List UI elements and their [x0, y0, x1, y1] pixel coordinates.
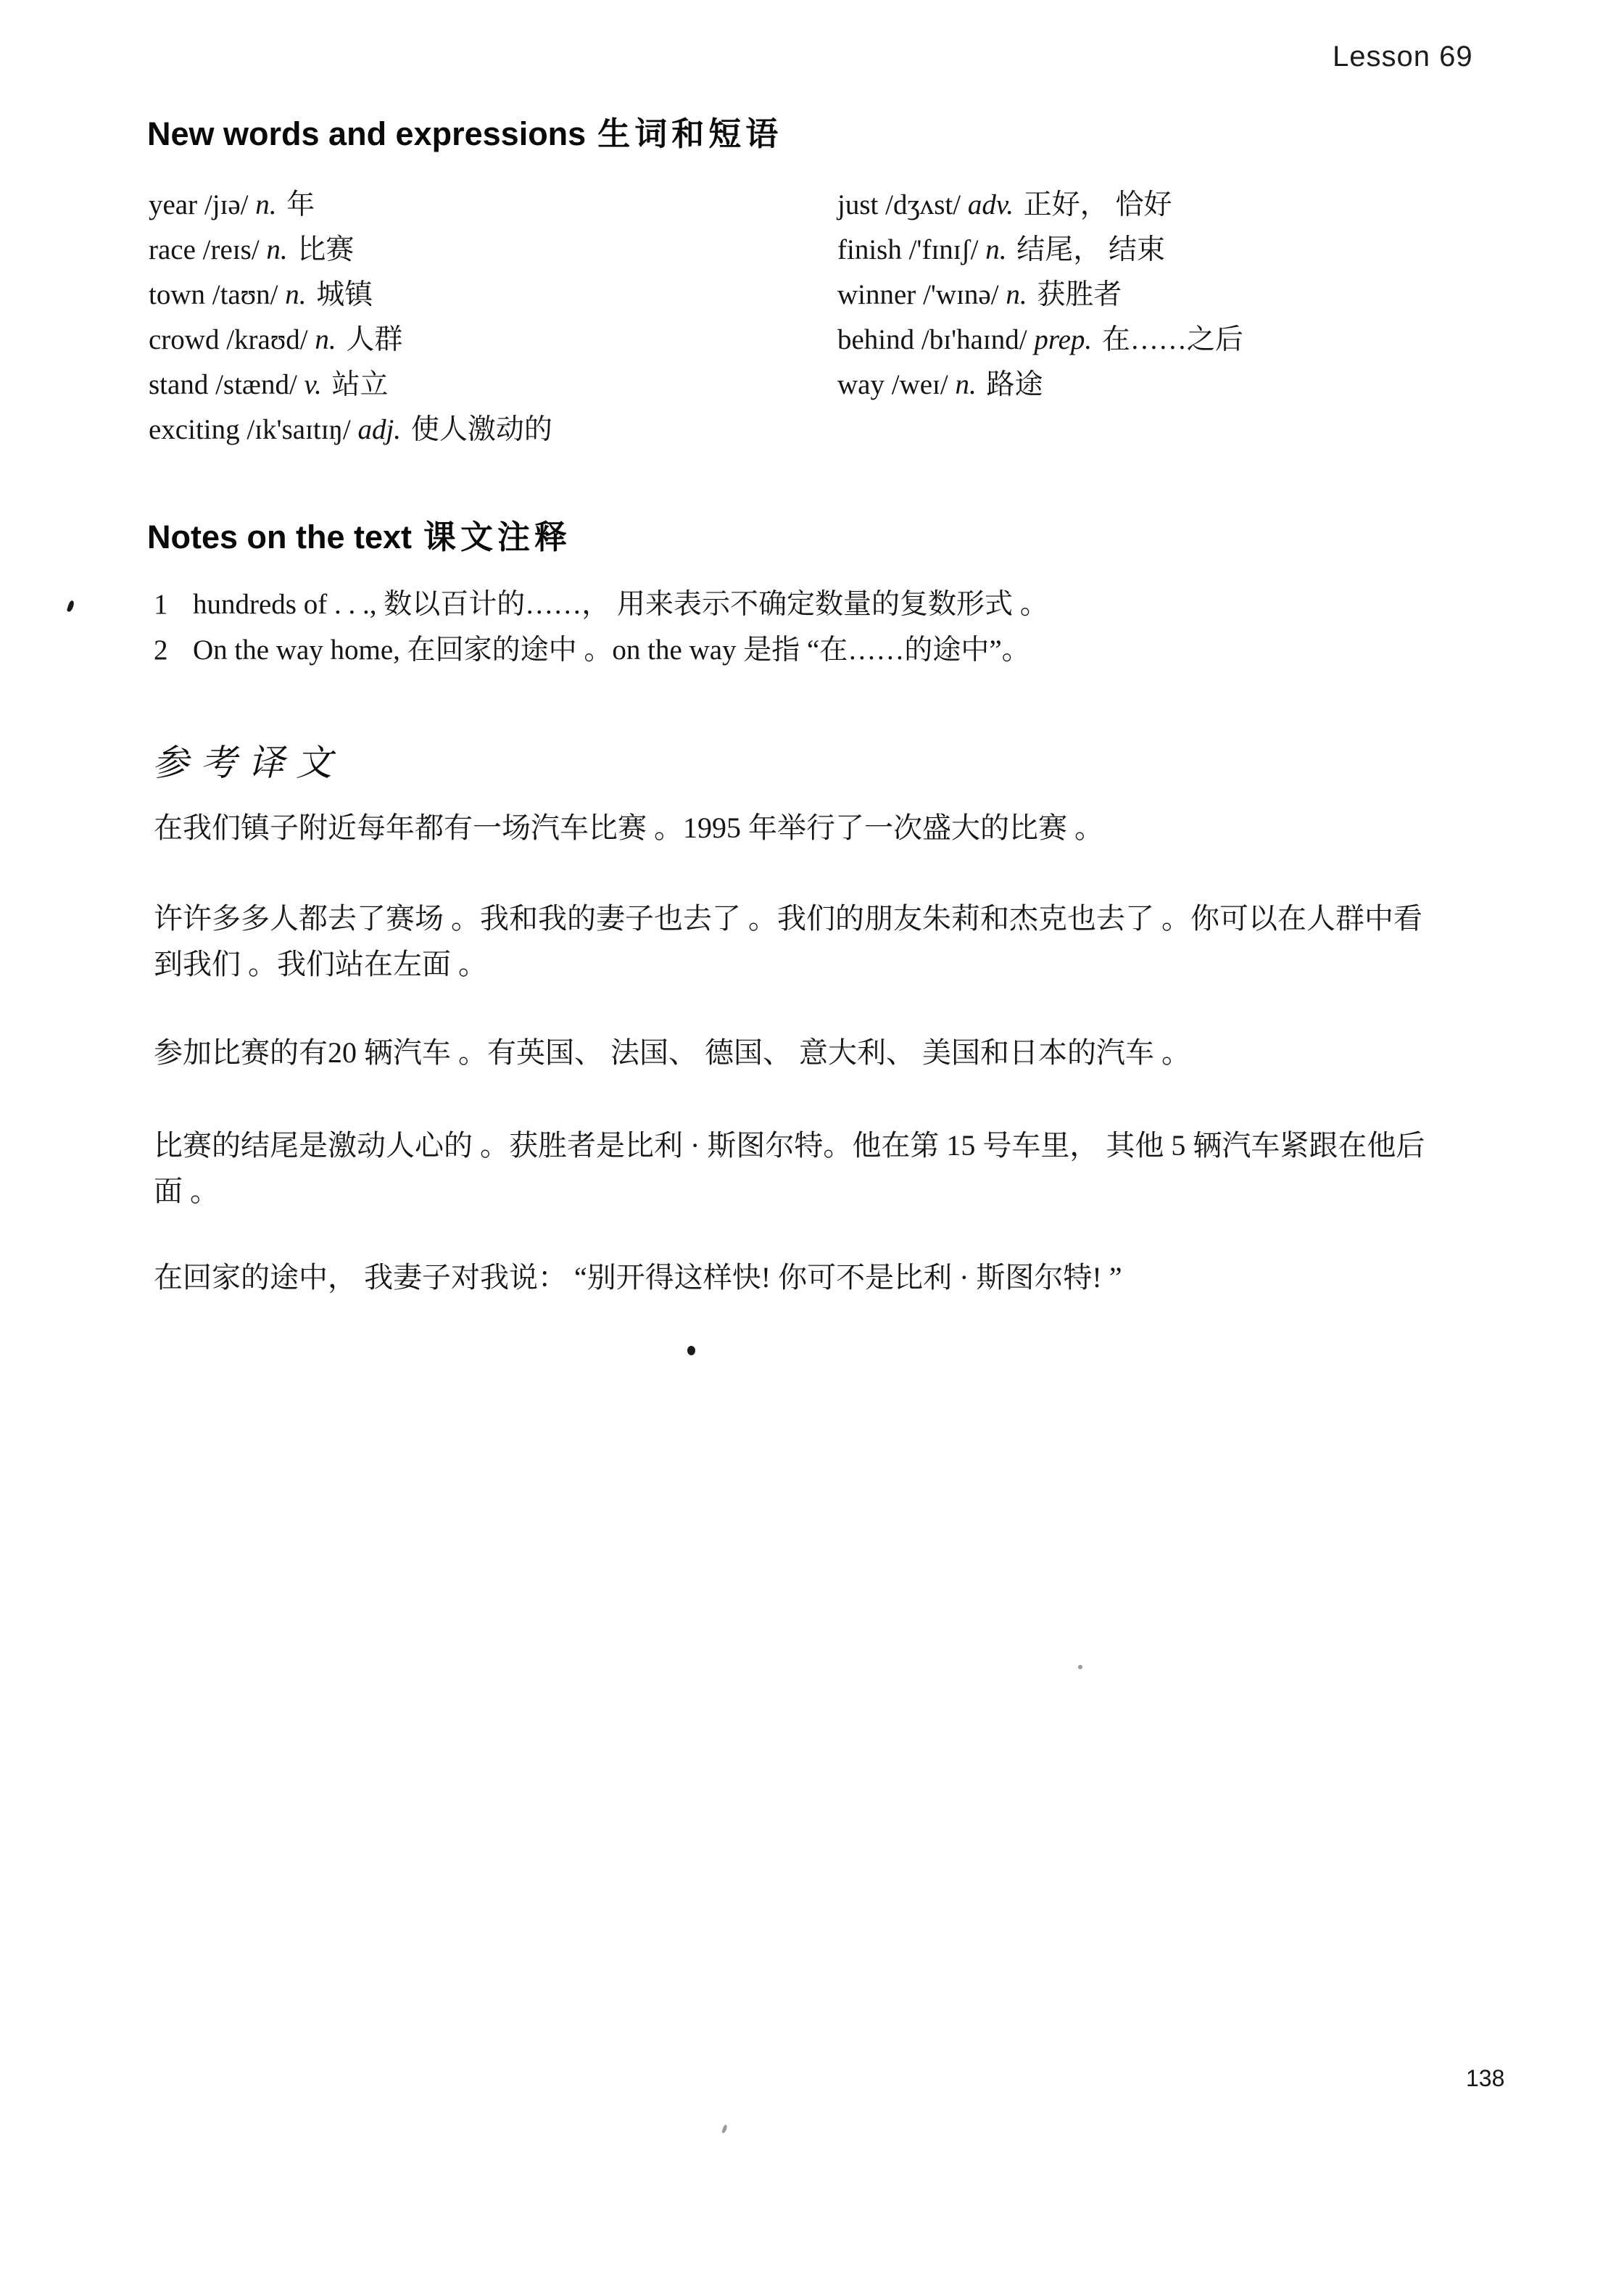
vocab-entry: behind /bɪ'haɪnd/ prep. 在……之后	[837, 318, 1243, 363]
vocab-pos: n.	[1006, 279, 1027, 310]
vocab-pos: n.	[955, 369, 976, 400]
vocab-phonetic: /jɪə/	[204, 189, 249, 220]
vocab-entry: exciting /ɪk'saɪtɪŋ/ adj. 使人激动的	[149, 408, 552, 452]
note-number: 1	[154, 582, 193, 627]
note-text: On the way home, 在回家的途中 。on the way 是指 “…	[193, 627, 1030, 673]
translation-paragraph: 参加比赛的有20 辆汽车 。有英国、 法国、 德国、 意大利、 美国和日本的汽车…	[154, 1030, 1575, 1075]
vocab-pos: v.	[304, 369, 322, 400]
vocab-entry: just /dʒʌst/ adv. 正好， 恰好	[837, 183, 1243, 228]
vocab-column-left: year /jɪə/ n. 年 race /reɪs/ n. 比赛 town /…	[149, 183, 552, 452]
vocab-word: race	[149, 234, 196, 265]
vocab-pos: prep.	[1034, 324, 1092, 355]
scan-artifact-comma	[721, 2125, 727, 2134]
notes-list: 1 hundreds of . . ., 数以百计的……， 用来表示不确定数量的…	[154, 582, 1048, 673]
notes-section-title: Notes on the text课文注释	[147, 510, 571, 558]
vocab-pos: adj.	[357, 414, 401, 445]
vocab-word: way	[837, 369, 884, 400]
vocab-entry: winner /'wɪnə/ n. 获胜者	[837, 273, 1243, 318]
notes-section-title-en: Notes on the text	[147, 518, 412, 555]
translation-paragraph: 许许多多人都去了赛场 。我和我的妻子也去了 。我们的朋友朱莉和杰克也去了 。你可…	[154, 896, 1575, 987]
vocab-word: exciting	[149, 414, 240, 445]
vocab-meaning: 路途	[986, 369, 1043, 400]
vocab-meaning: 年	[286, 189, 315, 220]
vocab-pos: n.	[285, 279, 306, 310]
vocab-meaning: 人群	[346, 324, 402, 355]
vocab-word: year	[149, 189, 197, 220]
vocab-meaning: 站立	[331, 369, 388, 400]
vocab-meaning: 结尾， 结束	[1016, 234, 1165, 265]
vocab-phonetic: /ɪk'saɪtɪŋ/	[246, 414, 350, 445]
vocab-entry: way /weɪ/ n. 路途	[837, 363, 1243, 408]
vocab-pos: n.	[255, 189, 276, 220]
vocab-phonetic: /kraʊd/	[226, 324, 307, 355]
vocab-phonetic: /dʒʌst/	[885, 189, 961, 220]
scan-artifact-comma	[67, 600, 75, 612]
vocab-entry: crowd /kraʊd/ n. 人群	[149, 318, 552, 363]
translation-paragraph: 在回家的途中， 我妻子对我说： “别开得这样快! 你可不是比利 · 斯图尔特! …	[154, 1254, 1575, 1300]
vocab-phonetic: /'fɪnɪʃ/	[909, 234, 979, 265]
vocab-entry: town /taʊn/ n. 城镇	[149, 273, 552, 318]
vocab-word: crowd	[149, 324, 219, 355]
vocab-word: just	[837, 189, 878, 220]
note-number: 2	[154, 627, 193, 673]
vocab-entry: stand /stænd/ v. 站立	[149, 363, 552, 408]
vocab-pos: n.	[315, 324, 336, 355]
vocab-phonetic: /'wɪnə/	[923, 279, 999, 310]
lesson-header: Lesson 69	[1333, 41, 1473, 73]
vocab-section-title-zh: 生词和短语	[597, 115, 782, 152]
vocab-meaning: 城镇	[316, 279, 373, 310]
vocab-word: winner	[837, 279, 916, 310]
scan-artifact-dot	[1078, 1665, 1082, 1669]
translation-paragraph: 比赛的结尾是激动人心的 。获胜者是比利 · 斯图尔特。他在第 15 号车里， 其…	[154, 1122, 1575, 1214]
vocab-word: behind	[837, 324, 914, 355]
vocab-word: town	[149, 279, 205, 310]
vocab-phonetic: /weɪ/	[892, 369, 948, 400]
vocab-phonetic: /taʊn/	[212, 279, 278, 310]
note-item: 1 hundreds of . . ., 数以百计的……， 用来表示不确定数量的…	[154, 582, 1048, 627]
vocab-meaning: 正好， 恰好	[1024, 189, 1172, 220]
note-item: 2 On the way home, 在回家的途中 。on the way 是指…	[154, 627, 1048, 673]
vocab-phonetic: /reɪs/	[203, 234, 260, 265]
vocab-meaning: 获胜者	[1037, 279, 1122, 310]
vocab-pos: n.	[266, 234, 287, 265]
vocab-meaning: 使人激动的	[411, 414, 552, 445]
vocab-word: stand	[149, 369, 208, 400]
vocab-meaning: 比赛	[297, 234, 354, 265]
vocab-section-title: New words and expressions生词和短语	[147, 107, 782, 154]
vocab-pos: adv.	[968, 189, 1014, 220]
vocab-column-right: just /dʒʌst/ adv. 正好， 恰好 finish /'fɪnɪʃ/…	[837, 183, 1243, 408]
translation-section-title: 参考译文	[152, 734, 344, 786]
vocab-pos: n.	[985, 234, 1006, 265]
vocab-phonetic: /stænd/	[215, 369, 297, 400]
vocab-phonetic: /bɪ'haɪnd/	[921, 324, 1027, 355]
vocab-section-title-en: New words and expressions	[147, 115, 586, 152]
vocab-meaning: 在……之后	[1102, 324, 1243, 355]
notes-section-title-zh: 课文注释	[423, 518, 571, 555]
page-number: 138	[1466, 2065, 1504, 2092]
scan-artifact-dot	[687, 1346, 695, 1355]
translation-paragraph: 在我们镇子附近每年都有一场汽车比赛 。1995 年举行了一次盛大的比赛 。	[154, 805, 1575, 851]
vocab-entry: finish /'fɪnɪʃ/ n. 结尾， 结束	[837, 228, 1243, 273]
vocab-word: finish	[837, 234, 902, 265]
vocab-entry: race /reɪs/ n. 比赛	[149, 228, 552, 273]
vocab-entry: year /jɪə/ n. 年	[149, 183, 552, 228]
note-text: hundreds of . . ., 数以百计的……， 用来表示不确定数量的复数…	[193, 582, 1048, 627]
